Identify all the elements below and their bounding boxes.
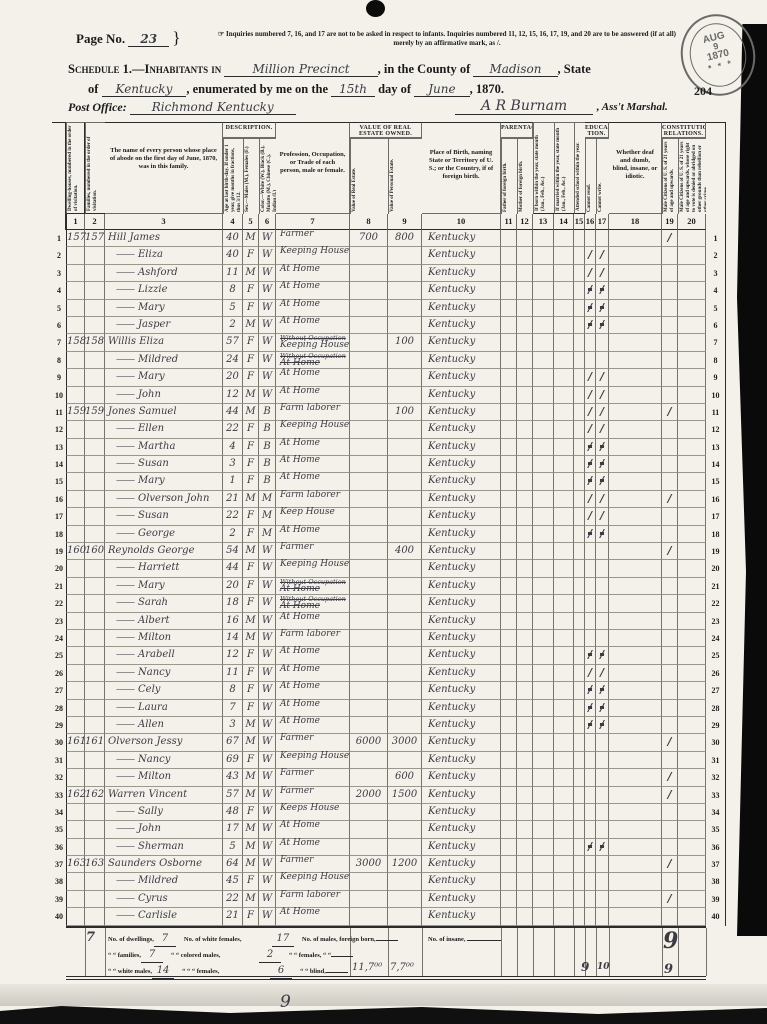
row-number-left: 16 [52,491,66,508]
cell-attended-school [574,491,585,508]
cell-personal-estate-value [388,282,422,299]
cell-occupation: At Home [276,473,350,490]
cell-born-month [533,526,554,543]
cell-cannot-read [585,856,596,873]
cell-family-number [85,891,105,908]
cell-name: ——Eliza [105,247,223,264]
cell-vote-denied [678,439,706,456]
cell-sex: F [243,421,259,438]
schedule-line: Schedule 1.—Inhabitants in Million Preci… [68,62,708,77]
page-no-line: Page No. 23 } [76,28,180,48]
stat-label: “ “ white males, [108,968,152,975]
cell-born-month [533,387,554,404]
cell-sex: M [243,787,259,804]
cell-occupation: At Home [276,613,350,630]
instructions-note: ☞ Inquiries numbered 7, 16, and 17 are n… [212,30,682,47]
cell-male-citizen [662,456,678,473]
cell-personal-estate-value [388,700,422,717]
cell-family-number [85,717,105,734]
row-number-right: 8 [706,352,726,369]
row-number-right: 20 [706,560,726,577]
col-header-sex: Sex.—Males (M.), Females (F.) [243,138,259,214]
cell-cannot-write: ∕ [596,508,609,525]
cell-occupation: At Home [276,821,350,838]
cell-dwelling-number: 160 [66,543,85,560]
col-header-father-foreign: Father of foreign birth. [501,138,517,214]
cell-color: W [259,265,276,282]
cell-cannot-read: ∕ [585,300,596,317]
row-number-left: 29 [52,717,66,734]
cell-personal-estate-value [388,682,422,699]
cell-cannot-read [585,230,596,247]
row-number-right: 30 [706,734,726,751]
cell-real-estate-value [350,456,388,473]
cell-cannot-read [585,352,596,369]
cell-cannot-read [585,787,596,804]
cell-family-number [85,282,105,299]
row-number-left: 5 [52,300,66,317]
cell-disabilities [609,787,662,804]
cell-mother-foreign [517,752,533,769]
cell-male-citizen [662,647,678,664]
cell-dwelling-number [66,595,85,612]
cell-color: W [259,821,276,838]
cell-occupation: At Home [276,300,350,317]
footer-mark-cannot-write-total: 10 [597,962,610,972]
cell-vote-denied [678,491,706,508]
cell-male-citizen [662,821,678,838]
footer-mark-citizens-small: 9 [664,962,673,977]
cell-cannot-write: ∕ [596,265,609,282]
cell-color: W [259,317,276,334]
cell-male-citizen [662,560,678,577]
cell-born-month [533,700,554,717]
cell-married-month [554,526,574,543]
cell-vote-denied [678,717,706,734]
cell-age: 2 [223,526,243,543]
row-number-right: 24 [706,630,726,647]
cell-attended-school [574,317,585,334]
cell-dwelling-number [66,560,85,577]
cell-cannot-read: ∕ [585,247,596,264]
cell-mother-foreign [517,282,533,299]
row-number-right: 12 [706,421,726,438]
cell-color: W [259,369,276,386]
cell-married-month [554,491,574,508]
cell-cannot-write [596,734,609,751]
col-number-12: 12 [517,214,533,230]
cell-mother-foreign [517,265,533,282]
cell-cannot-write: ∕ [596,317,609,334]
cell-disabilities [609,700,662,717]
cell-personal-estate-value [388,821,422,838]
col-header-personal-estate: Value of Personal Estate. [388,138,422,214]
cell-real-estate-value [350,891,388,908]
cell-sex: F [243,700,259,717]
cell-personal-estate-value [388,560,422,577]
cell-married-month [554,682,574,699]
cell-color: B [259,456,276,473]
cell-cannot-read [585,613,596,630]
cell-attended-school [574,804,585,821]
cell-family-number [85,873,105,890]
cell-name: ——Ellen [105,421,223,438]
cell-married-month [554,230,574,247]
cell-male-citizen [662,247,678,264]
cell-age: 11 [223,265,243,282]
cell-personal-estate-value [388,804,422,821]
row-number-right: 36 [706,839,726,856]
cell-cannot-read [585,891,596,908]
cell-occupation: Without OccupationAt Home [276,352,350,369]
cell-father-foreign [501,891,517,908]
cell-father-foreign [501,647,517,664]
cell-age: 17 [223,821,243,838]
cell-married-month [554,352,574,369]
cell-sex: M [243,630,259,647]
cell-born-month [533,804,554,821]
cell-cannot-write [596,352,609,369]
cell-name: ——Carlisle [105,908,223,925]
cell-married-month [554,787,574,804]
cell-disabilities [609,560,662,577]
row-number-left: 33 [52,787,66,804]
cell-born-month [533,456,554,473]
cell-name: Olverson Jessy [105,734,223,751]
row-number-right: 16 [706,491,726,508]
cell-disabilities [609,682,662,699]
cell-personal-estate-value [388,421,422,438]
cell-occupation: Without OccupationAt Home [276,595,350,612]
cell-cannot-write: ∕ [596,300,609,317]
cell-color: W [259,630,276,647]
cell-vote-denied [678,873,706,890]
stat-label: “ “ colored males, [171,948,259,963]
stamp-month: AUG [678,24,749,52]
cell-born-month [533,613,554,630]
stat-label: No. of white females, [184,932,272,947]
row-number-right: 13 [706,439,726,456]
row-number-left: 31 [52,752,66,769]
cell-father-foreign [501,821,517,838]
cell-dwelling-number [66,717,85,734]
cell-vote-denied [678,908,706,925]
state-suffix: , State [558,62,591,76]
stat-label: “ “ females, “ “ [289,952,331,959]
cell-disabilities [609,647,662,664]
cell-disabilities [609,891,662,908]
cell-age: 20 [223,369,243,386]
cell-birthplace: Kentucky [422,421,501,438]
cell-color: W [259,908,276,925]
cell-name: ——Nancy [105,665,223,682]
cell-disabilities [609,839,662,856]
cell-disabilities [609,491,662,508]
cell-attended-school [574,873,585,890]
cell-family-number [85,682,105,699]
cell-birthplace: Kentucky [422,473,501,490]
cell-color: W [259,334,276,351]
cell-vote-denied [678,352,706,369]
cell-mother-foreign [517,508,533,525]
cell-married-month [554,439,574,456]
cell-color: W [259,665,276,682]
cell-dwelling-number [66,300,85,317]
cell-attended-school [574,630,585,647]
cell-born-month [533,891,554,908]
cell-attended-school [574,265,585,282]
cell-color: W [259,839,276,856]
cell-male-citizen [662,717,678,734]
cell-personal-estate-value: 3000 [388,734,422,751]
cell-male-citizen: ∕ [662,491,678,508]
cell-born-month [533,300,554,317]
stat-label: “ “ “ females, [182,964,270,979]
cell-disabilities [609,247,662,264]
cell-male-citizen [662,369,678,386]
footer-insane-line: No. of insane, [428,936,501,943]
col-header-name: The name of every person whose place of … [105,122,223,214]
cell-disabilities [609,873,662,890]
cell-cannot-write [596,856,609,873]
cell-male-citizen [662,473,678,490]
cell-name: Jones Samuel [105,404,223,421]
cell-father-foreign [501,300,517,317]
cell-married-month [554,873,574,890]
cell-cannot-read: ∕ [585,717,596,734]
footer-mark-cannot-read-total: 9 [581,960,589,974]
row-number-right: 33 [706,787,726,804]
cell-male-citizen [662,595,678,612]
cell-real-estate-value [350,560,388,577]
cell-born-month [533,717,554,734]
cell-age: 67 [223,734,243,751]
cell-age: 44 [223,404,243,421]
cell-attended-school [574,578,585,595]
cell-real-estate-value [350,300,388,317]
cell-married-month [554,856,574,873]
cell-family-number: 157 [85,230,105,247]
cell-vote-denied [678,787,706,804]
cell-family-number [85,352,105,369]
cell-mother-foreign [517,630,533,647]
cell-mother-foreign [517,369,533,386]
cell-age: 44 [223,560,243,577]
cell-sex: M [243,387,259,404]
cell-name: ——Albert [105,613,223,630]
cell-color: W [259,804,276,821]
cell-cannot-write [596,891,609,908]
col-number-4: 4 [223,214,243,230]
cell-family-number [85,265,105,282]
cell-birthplace: Kentucky [422,543,501,560]
cell-occupation: At Home [276,665,350,682]
col-number-2: 2 [85,214,105,230]
group-header-education: Educa-tion. [585,122,609,138]
cell-sex: F [243,526,259,543]
cell-name: ——Cyrus [105,891,223,908]
cell-color: W [259,700,276,717]
row-number-right: 39 [706,891,726,908]
cell-age: 22 [223,421,243,438]
cell-married-month [554,543,574,560]
col-number-17: 17 [596,214,609,230]
cell-age: 21 [223,908,243,925]
cell-occupation: At Home [276,700,350,717]
cell-married-month [554,839,574,856]
cell-cannot-read [585,595,596,612]
cell-occupation: Farmer [276,543,350,560]
cell-cannot-write: ∕ [596,473,609,490]
cell-age: 45 [223,873,243,890]
cell-cannot-write: ∕ [596,247,609,264]
cell-attended-school [574,230,585,247]
cell-male-citizen [662,265,678,282]
cell-married-month [554,821,574,838]
cell-dwelling-number [66,873,85,890]
cell-dwelling-number [66,508,85,525]
cell-married-month [554,578,574,595]
row-number-right: 27 [706,682,726,699]
cell-vote-denied [678,473,706,490]
cell-birthplace: Kentucky [422,247,501,264]
cell-real-estate-value [350,543,388,560]
census-scan-page: { "page": { "page_no_label": "Page No.",… [0,0,767,1024]
cell-real-estate-value: 2000 [350,787,388,804]
cell-family-number [85,769,105,786]
cell-dwelling-number [66,578,85,595]
cell-vote-denied [678,891,706,908]
cell-birthplace: Kentucky [422,839,501,856]
cell-name: ——Arabell [105,647,223,664]
cell-real-estate-value [350,247,388,264]
cell-born-month [533,821,554,838]
cell-age: 5 [223,300,243,317]
row-number-right: 23 [706,613,726,630]
row-number-left: 37 [52,856,66,873]
cell-occupation: Farmer [276,856,350,873]
cell-color: B [259,473,276,490]
cell-cannot-read: ∕ [585,700,596,717]
cell-sex: F [243,473,259,490]
cell-personal-estate-value [388,578,422,595]
cell-birthplace: Kentucky [422,439,501,456]
row-number-left: 24 [52,630,66,647]
cell-born-month [533,560,554,577]
row-number-left: 23 [52,613,66,630]
cell-vote-denied [678,734,706,751]
cell-personal-estate-value: 1200 [388,856,422,873]
cell-mother-foreign [517,769,533,786]
cell-vote-denied [678,821,706,838]
cell-disabilities [609,717,662,734]
cell-sex: F [243,752,259,769]
cell-occupation: Farmer [276,769,350,786]
cell-occupation: At Home [276,282,350,299]
cell-occupation: Keeping House [276,752,350,769]
cell-family-number: 162 [85,787,105,804]
cell-age: 64 [223,856,243,873]
cell-occupation: Farm laborer [276,491,350,508]
cell-real-estate-value [350,595,388,612]
cell-family-number: 158 [85,334,105,351]
scan-hole [366,0,385,17]
cell-born-month [533,421,554,438]
cell-disabilities [609,613,662,630]
cell-occupation: Keeps House [276,804,350,821]
cell-birthplace: Kentucky [422,613,501,630]
cell-occupation: Farmer [276,734,350,751]
cell-family-number [85,387,105,404]
marshal-signature-line: A R Burnam , Ass't Marshal. [455,98,668,115]
cell-disabilities [609,404,662,421]
cell-sex: M [243,230,259,247]
cell-born-month [533,787,554,804]
cell-age: 57 [223,334,243,351]
footer-rule [554,928,555,976]
row-number-left: 1 [52,230,66,247]
cell-cannot-read: ∕ [585,508,596,525]
cell-married-month [554,804,574,821]
instructions-note-line2: merely by an affirmative mark, as /. [393,39,500,47]
cell-mother-foreign [517,873,533,890]
cell-sex: F [243,247,259,264]
cell-disabilities [609,230,662,247]
district-value: Million Precinct [224,62,377,77]
cell-color: W [259,647,276,664]
cell-color: W [259,560,276,577]
cell-dwelling-number [66,387,85,404]
row-number-left: 30 [52,734,66,751]
cell-age: 2 [223,317,243,334]
cell-attended-school [574,821,585,838]
cell-male-citizen: ∕ [662,404,678,421]
cell-mother-foreign [517,700,533,717]
col-header-color: Color.—White (W.), Black (B.), Mulatto (… [259,138,276,214]
cell-birthplace: Kentucky [422,317,501,334]
cell-vote-denied [678,595,706,612]
cell-color: W [259,595,276,612]
cell-cannot-read: ∕ [585,439,596,456]
cell-dwelling-number [66,821,85,838]
stat-value [376,940,398,941]
cell-cannot-read: ∕ [585,456,596,473]
row-number-right: 25 [706,647,726,664]
row-number-right: 15 [706,473,726,490]
cell-mother-foreign [517,647,533,664]
cell-occupation: Without OccupationKeeping House [276,334,350,351]
cell-real-estate-value [350,439,388,456]
cell-cannot-write: ∕ [596,839,609,856]
stat-value: 14 [152,963,174,979]
cell-born-month [533,856,554,873]
cell-personal-estate-value: 100 [388,404,422,421]
cell-male-citizen [662,752,678,769]
cell-mother-foreign [517,543,533,560]
cell-mother-foreign [517,230,533,247]
cell-married-month [554,908,574,925]
scan-edge-right [737,24,767,936]
cell-personal-estate-value [388,647,422,664]
col-number-9: 9 [388,214,422,230]
cell-color: M [259,491,276,508]
cell-name: ——Sally [105,804,223,821]
cell-cannot-write: ∕ [596,700,609,717]
cell-dwelling-number [66,317,85,334]
cell-born-month [533,439,554,456]
cell-vote-denied [678,804,706,821]
cell-age: 54 [223,543,243,560]
